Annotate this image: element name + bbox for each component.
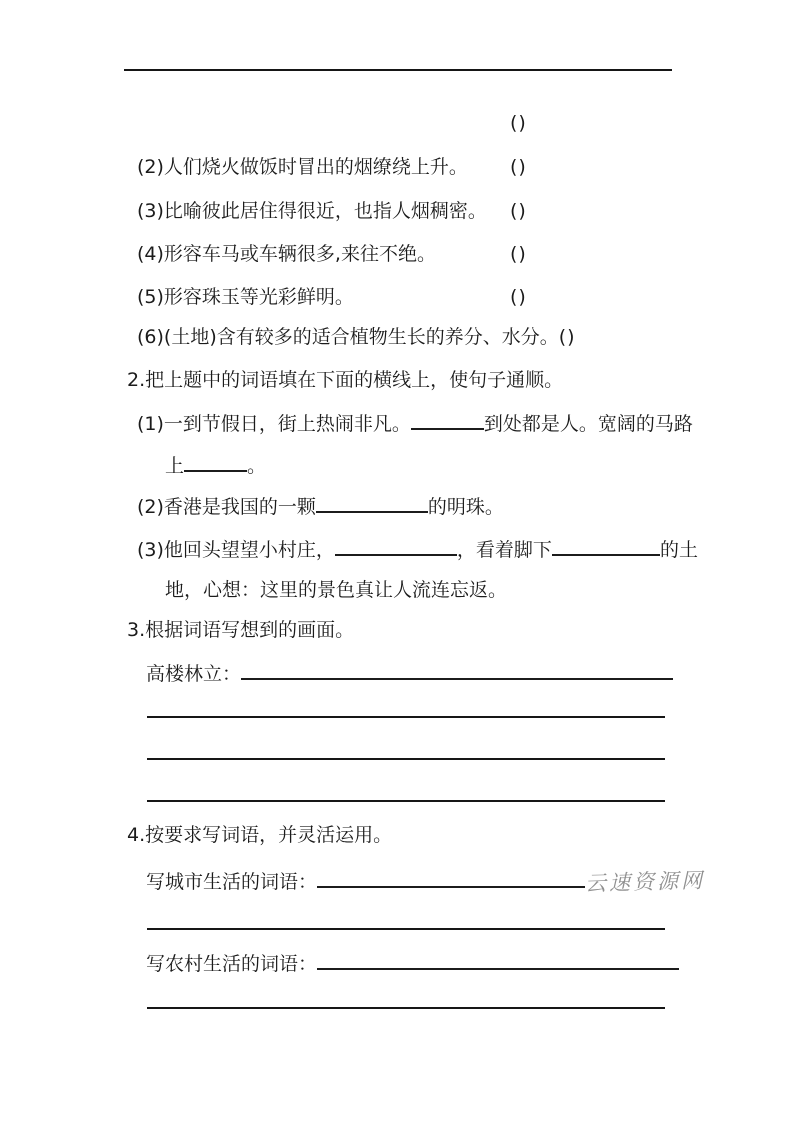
prompt-label: 写农村生活的词语： [146,953,317,975]
writing-line [147,758,665,760]
fill-blank [317,868,585,888]
header-rule [124,69,672,71]
section2-title: 2.把上题中的词语填在下面的横线上，使句子通顺。 [127,367,563,393]
fill-blank [552,536,660,556]
writing-line [147,800,665,802]
writing-line [147,716,665,718]
fill-blank [316,493,428,513]
writing-line [147,1007,665,1009]
question-text: 的土 [660,539,698,561]
prompt-line: 写城市生活的词语： [146,868,585,895]
question-text: (3)他回头望望小村庄， [137,539,335,561]
answer-bracket: () [559,326,576,348]
question-line: (1)一到节假日，街上热闹非凡。到处都是人。宽阔的马路 [137,410,693,437]
fill-blank [184,452,247,472]
question-line: 地，心想：这里的景色真让人流连忘返。 [165,577,507,603]
section4-title: 4.按要求写词语，并灵活运用。 [127,822,392,848]
definition-text: (4)形容车马或车辆很多,来往不绝。 [137,241,436,267]
question-line: 上。 [165,452,266,479]
answer-bracket: () [510,284,527,310]
question-text: (1)一到节假日，街上热闹非凡。 [137,413,411,435]
definition-text: (3)比喻彼此居住得很近，也指人烟稠密。 [137,198,487,224]
prompt-line: 写农村生活的词语： [146,950,679,977]
question-text: 上 [165,455,184,477]
question-text: 。 [247,455,266,477]
question-text: (2)香港是我国的一颗 [137,496,316,518]
question-text: 到处都是人。宽阔的马路 [484,413,693,435]
fill-blank [411,410,484,430]
writing-line [147,928,665,930]
question-line: (2)香港是我国的一颗的明珠。 [137,493,504,520]
answer-bracket: () [510,198,527,224]
prompt-label: 写城市生活的词语： [146,871,317,893]
worksheet-page: () (2)人们烧火做饭时冒出的烟缭绕上升。 () (3)比喻彼此居住得很近，也… [0,0,793,1122]
answer-bracket: () [510,110,527,136]
fill-blank [317,950,679,970]
site-watermark: 云速资源网 [585,864,706,897]
answer-bracket: () [510,241,527,267]
definition-text: (2)人们烧火做饭时冒出的烟缭绕上升。 [137,154,468,180]
definition-line: (6)(土地)含有较多的适合植物生长的养分、水分。() [137,324,576,350]
question-text: 的明珠。 [428,496,504,518]
prompt-line: 高楼林立： [146,660,673,687]
definition-text: (6)(土地)含有较多的适合植物生长的养分、水分。 [137,326,559,348]
answer-bracket: () [510,154,527,180]
prompt-label: 高楼林立： [146,663,241,685]
fill-blank [241,660,673,680]
fill-blank [335,536,457,556]
question-line: (3)他回头望望小村庄，，看着脚下的土 [137,536,698,563]
definition-text: (5)形容珠玉等光彩鲜明。 [137,284,354,310]
question-text: ，看着脚下 [457,539,552,561]
section3-title: 3.根据词语写想到的画面。 [127,617,354,643]
